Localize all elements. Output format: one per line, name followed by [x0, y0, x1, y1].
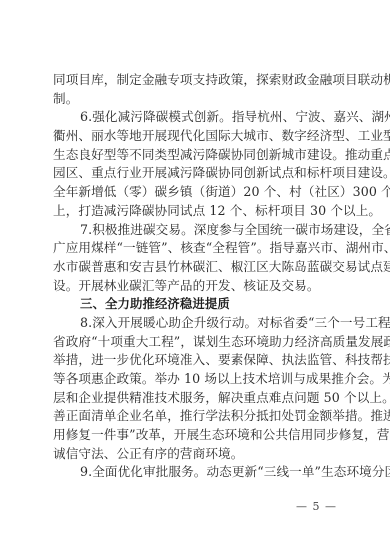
paragraph-line: 全年新增低（零）碳乡镇（街道）20 个、村（社区）300 个以: [53, 183, 338, 202]
page-number: — 5 —: [296, 500, 337, 513]
paragraph-line-item-6: 6.强化减污降碳模式创新。指导杭州、宁波、嘉兴、湖州、: [53, 108, 338, 127]
paragraph-line: 衢州、丽水等地开展现代化国际大城市、数字经济型、工业型、: [53, 127, 338, 146]
paragraph-line: 省政府“十项重大工程”，谋划生态环境助力经济高质量发展政策: [53, 333, 338, 352]
paragraph-line: 同项目库，制定金融专项支持政策，探索财政金融项目联动机: [53, 71, 338, 90]
paragraph-line-item-7: 7.积极推进碳交易。深度参与全国统一碳市场建设，全省推: [53, 221, 338, 240]
paragraph-line: 用修复一件事”改革，开展生态环境和公共信用同步修复，营造: [53, 426, 338, 445]
document-page: 同项目库，制定金融专项支持政策，探索财政金融项目联动机 制。 6.强化减污降碳模…: [0, 0, 390, 551]
paragraph-line: 广应用煤样“一链管”、核查“全程管”。指导嘉兴市、湖州市、丽: [53, 239, 338, 258]
paragraph-line-item-9: 9.全面优化审批服务。动态更新“三线一单”生态环境分区管: [53, 463, 338, 482]
paragraph-line: 善正面清单企业名单，推行学法积分抵扣处罚金额举措。推进“信: [53, 407, 338, 426]
paragraph-line: 层和企业提供精准技术服务，解决重点难点问题 50 个以上。完: [53, 389, 338, 408]
document-body: 同项目库，制定金融专项支持政策，探索财政金融项目联动机 制。 6.强化减污降碳模…: [53, 71, 338, 482]
paragraph-line: 诚信守法、公正有序的营商环境。: [53, 445, 338, 464]
paragraph-line: 生态良好型等不同类型减污降碳协同创新城市建设。推动重点: [53, 146, 338, 165]
paragraph-line-item-8: 8.深入开展暖心助企升级行动。对标省委“三个一号工程”和: [53, 314, 338, 333]
paragraph-line: 等各项惠企政策。举办 10 场以上技术培训与成果推介会。为基: [53, 370, 338, 389]
paragraph-line: 上，打造减污降碳协同试点 12 个、标杆项目 30 个以上。: [53, 202, 338, 221]
paragraph-line: 举措，进一步优化环境准入、要素保障、执法监管、科技帮扶: [53, 351, 338, 370]
paragraph-line: 水市碳普惠和安吉县竹林碳汇、椒江区大陈岛蓝碳交易试点建: [53, 258, 338, 277]
paragraph-line: 园区、重点行业开展减污降碳协同创新试点和标杆项目建设。: [53, 164, 338, 183]
section-heading: 三、全力助推经济稳进提质: [53, 295, 338, 314]
paragraph-line: 设。开展林业碳汇等产品的开发、核证及交易。: [53, 277, 338, 296]
paragraph-line: 制。: [53, 90, 338, 109]
